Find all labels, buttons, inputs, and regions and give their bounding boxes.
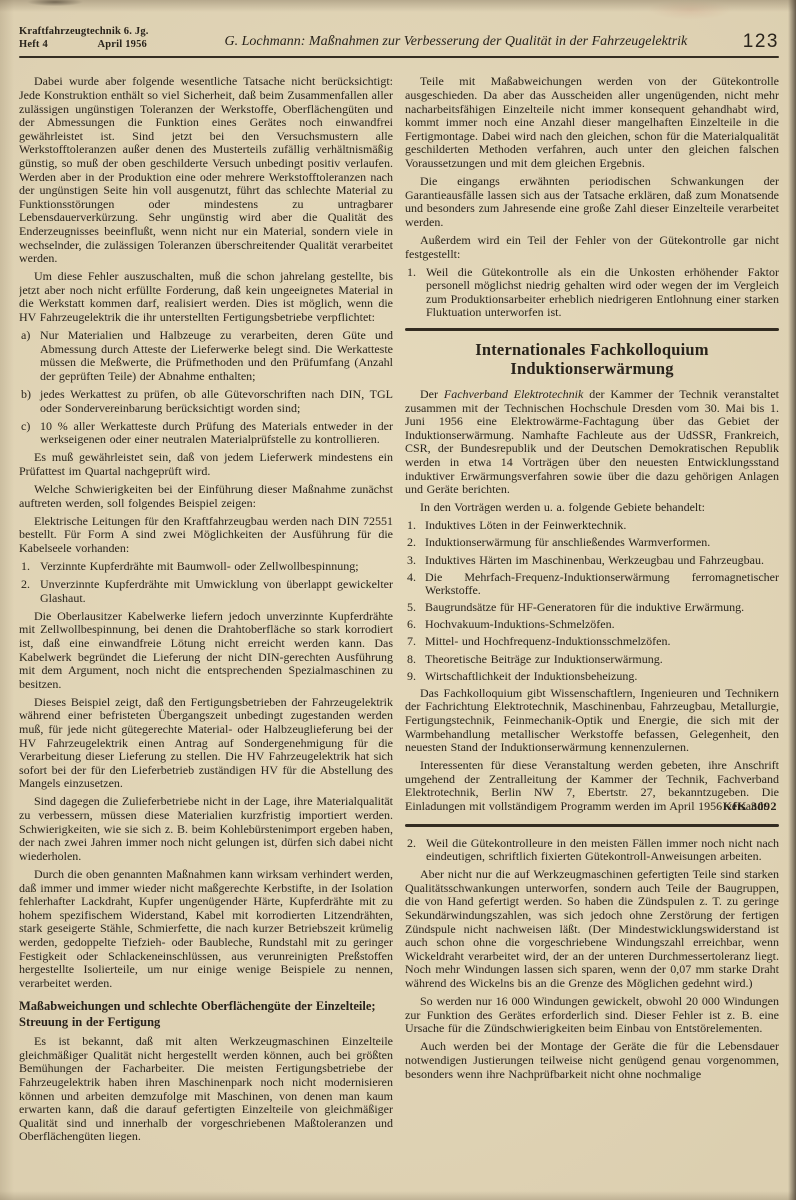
topic-item: 4.Die Mehrfach-Frequenz-Induktionserwärm…	[405, 571, 779, 598]
topic-marker: 6.	[407, 618, 416, 632]
topic-text: Theoretische Beiträge zur Induktionserwä…	[425, 652, 663, 666]
colloquium-lead: In den Vorträgen werden u. a. folgende G…	[405, 501, 779, 515]
topic-marker: 8.	[407, 653, 416, 667]
list-text: jedes Werkattest zu prüfen, ob alle Güte…	[40, 387, 393, 415]
colloquium-announcement: Internationales Fachkolloquium Induktion…	[405, 328, 779, 827]
intro-rest: der Kammer der Technik veranstaltet zusa…	[405, 387, 779, 496]
journal-title: Kraftfahrzeugtechnik 6. Jg.	[19, 26, 169, 39]
list-item-2: 2. Unverzinnte Kupferdrähte mit Umwicklu…	[19, 578, 393, 605]
announcement-signature: KfK 3092	[723, 800, 777, 814]
list-item-b: b) jedes Werkattest zu prüfen, ob alle G…	[19, 388, 393, 415]
paragraph-material-tolerances: Dabei wurde aber folgende wesentliche Ta…	[19, 75, 393, 265]
journal-page-scan: Kraftfahrzeugtechnik 6. Jg. Heft 4 April…	[0, 0, 796, 1200]
paragraph-din72551: Elektrische Leitungen für den Kraftfahrz…	[19, 515, 393, 556]
two-column-body: Dabei wurde aber folgende wesentliche Ta…	[19, 75, 779, 1167]
numbered-item-2: 2. Weil die Gütekontrolleure in den meis…	[405, 837, 779, 864]
running-title: G. Lochmann: Maßnahmen zur Verbesserung …	[169, 34, 743, 51]
topic-marker: 2.	[407, 536, 416, 550]
issue-date: April 1956	[97, 39, 147, 52]
paragraph-windungen: So werden nur 16 000 Windungen gewickelt…	[405, 995, 779, 1036]
paragraph-justierungen: Auch werden bei der Montage der Geräte d…	[405, 1040, 779, 1081]
topic-item: 9.Wirtschaftlichkeit der Induktionsbehei…	[405, 670, 779, 684]
paragraph-forderung: Um diese Fehler auszuschalten, muß die s…	[19, 270, 393, 324]
topic-item: 1.Induktives Löten in der Feinwerktechni…	[405, 519, 779, 533]
topic-text: Wirtschaftlichkeit der Induktionsbeheizu…	[425, 669, 637, 683]
topic-item: 2.Induktionserwärmung für anschließendes…	[405, 536, 779, 550]
topic-marker: 4.	[407, 571, 416, 585]
issue-label: Heft 4	[19, 39, 48, 52]
list-marker: b)	[21, 388, 31, 402]
topic-text: Induktionserwärmung für anschließendes W…	[425, 535, 710, 549]
list-text: Unverzinnte Kupferdrähte mit Umwicklung …	[40, 577, 393, 605]
colloquium-outro2: Interessenten für diese Veranstaltung we…	[405, 759, 779, 813]
list-text: Weil die Gütekontrolle als ein die Unkos…	[426, 265, 779, 320]
right-column: Teile mit Maßabweichungen werden von der…	[405, 75, 779, 1167]
paragraph-sondergenehmigung: Dieses Beispiel zeigt, daß den Fertigung…	[19, 696, 393, 791]
topic-item: 7.Mittel- und Hochfrequenz-Induktionssch…	[405, 635, 779, 649]
list-text: Nur Materialien und Halbzeuge zu verarbe…	[40, 328, 393, 383]
list-marker: 1.	[407, 266, 416, 280]
colloquium-title-line2: Induktionserwärmung	[405, 359, 779, 379]
announcement-bottom-rule	[405, 824, 779, 827]
list-marker: 2.	[407, 837, 416, 851]
topic-item: 3.Induktives Härten im Maschinenbau, Wer…	[405, 554, 779, 568]
page-header: Kraftfahrzeugtechnik 6. Jg. Heft 4 April…	[19, 26, 779, 51]
list-marker: 2.	[21, 578, 30, 592]
topic-text: Baugrundsätze für HF-Generatoren für die…	[425, 600, 744, 614]
paragraph-pruefattest: Es muß gewährleistet sein, daß von jedem…	[19, 451, 393, 478]
topic-text: Mittel- und Hochfrequenz-Induktionsschme…	[425, 634, 670, 648]
paragraph-guetekontrolle: Teile mit Maßabweichungen werden von der…	[405, 75, 779, 170]
list-marker: 1.	[21, 560, 30, 574]
topic-item: 5.Baugrundsätze für HF-Generatoren für d…	[405, 601, 779, 615]
left-column: Dabei wurde aber folgende wesentliche Ta…	[19, 75, 393, 1167]
list-item-c: c) 10 % aller Werkatteste durch Prüfung …	[19, 420, 393, 447]
topic-item: 6.Hochvakuum-Induktions-Schmelzöfen.	[405, 618, 779, 632]
topic-text: Induktives Löten in der Feinwerktechnik.	[425, 518, 626, 532]
topic-marker: 7.	[407, 635, 416, 649]
numbered-item-1: 1. Weil die Gütekontrolle als ein die Un…	[405, 266, 779, 320]
list-text: Verzinnte Kupferdrähte mit Baumwoll- ode…	[40, 559, 359, 573]
topic-marker: 1.	[407, 519, 416, 533]
list-marker: a)	[21, 329, 30, 343]
topic-item: 8.Theoretische Beiträge zur Induktionser…	[405, 653, 779, 667]
page-content: Kraftfahrzeugtechnik 6. Jg. Heft 4 April…	[0, 0, 796, 1200]
paragraph-massnahmen-wirkung: Durch die oben genannten Maßnahmen kann …	[19, 868, 393, 990]
colloquium-title-line1: Internationales Fachkolloquium	[405, 340, 779, 360]
paragraph-zuendspulen: Aber nicht nur die auf Werkzeugmaschinen…	[405, 868, 779, 990]
list-item-1: 1. Verzinnte Kupferdrähte mit Baumwoll- …	[19, 560, 393, 574]
topic-text: Induktives Härten im Maschinenbau, Werkz…	[425, 553, 764, 567]
intro-prefix: Der	[420, 387, 444, 401]
colloquium-intro: Der Fachverband Elektrotechnik der Kamme…	[405, 388, 779, 497]
list-item-a: a) Nur Materialien und Halbzeuge zu vera…	[19, 329, 393, 383]
colloquium-outro1: Das Fachkolloquium gibt Wissenschaftlern…	[405, 687, 779, 755]
list-marker: c)	[21, 420, 30, 434]
issue-row: Heft 4 April 1956	[19, 39, 147, 52]
paragraph-schwierigkeiten: Welche Schwierigkeiten bei der Einführun…	[19, 483, 393, 510]
announcement-top-rule	[405, 328, 779, 331]
journal-info-block: Kraftfahrzeugtechnik 6. Jg. Heft 4 April…	[19, 26, 169, 51]
paragraph-garantieausfaelle: Die eingangs erwähnten periodischen Schw…	[405, 175, 779, 229]
topic-text: Hochvakuum-Induktions-Schmelzöfen.	[425, 617, 615, 631]
intro-organizer: Fachverband Elektrotechnik	[444, 387, 583, 401]
paragraph-fehler-nicht-festgestellt: Außerdem wird ein Teil der Fehler von de…	[405, 234, 779, 261]
topic-marker: 9.	[407, 670, 416, 684]
topic-marker: 3.	[407, 554, 416, 568]
paragraph-werkzeugmaschinen: Es ist bekannt, daß mit alten Werkzeugma…	[19, 1035, 393, 1144]
header-rule	[19, 56, 779, 58]
list-text: 10 % aller Werkatteste durch Prüfung des…	[40, 419, 393, 447]
paragraph-kabelwerke: Die Oberlausitzer Kabelwerke liefern jed…	[19, 610, 393, 692]
colloquium-title: Internationales Fachkolloquium Induktion…	[405, 340, 779, 379]
page-number: 123	[743, 32, 779, 51]
topic-marker: 5.	[407, 601, 416, 615]
topic-text: Die Mehrfach-Frequenz-Induktionserwärmun…	[425, 570, 779, 598]
section-heading-massabweichungen: Maßabweichungen und schlechte Oberfläche…	[19, 999, 393, 1030]
paragraph-import: Sind dagegen die Zulieferbetriebe nicht …	[19, 795, 393, 863]
list-text: Weil die Gütekontrolleure in den meisten…	[426, 836, 779, 864]
